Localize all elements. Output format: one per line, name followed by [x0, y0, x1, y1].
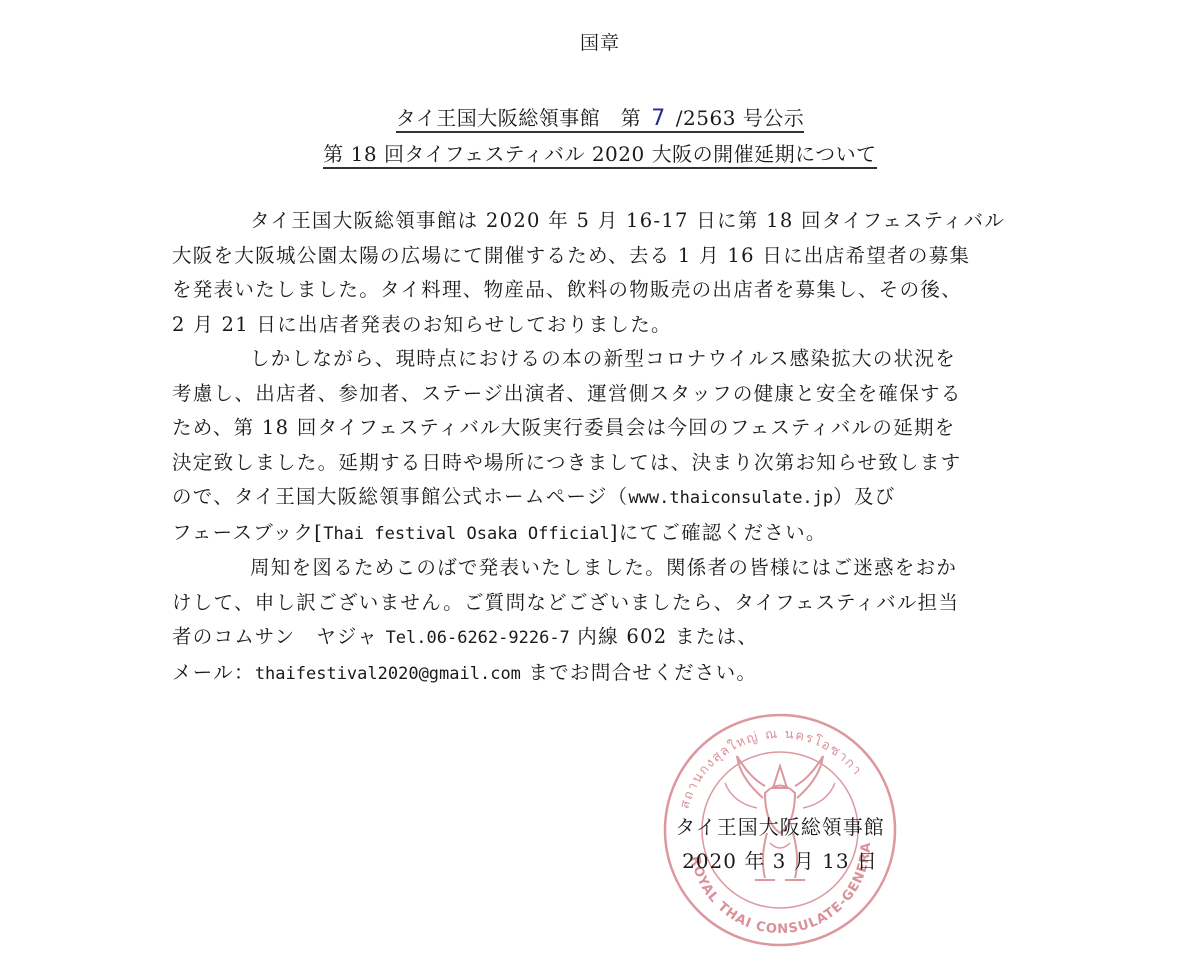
issue-date: 2020 年 3 月 13 日 — [650, 844, 910, 878]
text-line: 考慮し、出店者、参加者、ステージ出演者、運営側スタッフの健康と安全を確保する — [172, 377, 1072, 412]
contact-line: 者のコムサン ヤジャ Tel.06-6262-9226-7 内線 602 または… — [172, 620, 1072, 656]
email-line: メール：thaifestival2020@gmail.com までお問合せくださ… — [172, 656, 1072, 692]
paragraph-1: タイ王国大阪総領事館は 2020 年 5 月 16-17 日に第 18 回タイフ… — [172, 204, 1072, 342]
website-link[interactable]: www.thaiconsulate.jp — [628, 488, 833, 508]
facebook-suffix: ]にてご確認ください。 — [610, 521, 827, 544]
handwritten-number: 7 — [641, 106, 676, 131]
text-line: 決定致しました。延期する日時や場所につきましては、決まり次第お知らせ致します — [172, 446, 1072, 481]
text-line: を発表いたしました。タイ料理、物産品、飲料の物販売の出店者を募集し、その後、 — [172, 273, 1072, 308]
stamp-thai-text: สถานกงสุลใหญ่ ณ นครโอซากา — [677, 727, 865, 811]
title-suffix: /2563 号公示 — [676, 106, 805, 130]
notice-body: タイ王国大阪総領事館は 2020 年 5 月 16-17 日に第 18 回タイフ… — [172, 204, 1072, 691]
website-line: ので、タイ王国大阪総領事館公式ホームページ（www.thaiconsulate.… — [172, 480, 1072, 516]
website-suffix: ）及び — [833, 485, 895, 508]
facebook-page-name: Thai festival Osaka Official — [323, 524, 610, 544]
website-prefix: ので、タイ王国大阪総領事館公式ホームページ（ — [172, 485, 628, 508]
title-prefix: タイ王国大阪総領事館 第 — [396, 106, 642, 130]
paragraph-2: しかしながら、現時点におけるの本の新型コロナウイルス感染拡大の状況を 考慮し、出… — [172, 342, 1072, 551]
signature-block: タイ王国大阪総領事館 2020 年 3 月 13 日 — [650, 810, 910, 878]
document-page: 国章 タイ王国大阪総領事館 第7/2563 号公示 第 18 回タイフェスティバ… — [0, 0, 1200, 956]
notice-number-title: タイ王国大阪総領事館 第7/2563 号公示 — [0, 102, 1200, 131]
text-line: 周知を図るためこのばで発表いたしました。関係者の皆様にはご迷惑をおか — [172, 551, 1072, 586]
email-suffix: までお問合せください。 — [521, 661, 757, 684]
phone-number: Tel.06-6262-9226-7 — [386, 628, 570, 648]
paragraph-3: 周知を図るためこのばで発表いたしました。関係者の皆様にはご迷惑をおか けして、申… — [172, 551, 1072, 691]
text-line: 大阪を大阪城公園太陽の広場にて開催するため、去る 1 月 16 日に出店希望者の… — [172, 239, 1072, 274]
svg-text:สถานกงสุลใหญ่ ณ นครโอซากา: สถานกงสุลใหญ่ ณ นครโอซากา — [677, 727, 865, 811]
facebook-line: フェースブック[Thai festival Osaka Official]にてご… — [172, 516, 1072, 552]
text-line: けして、申し訳ございません。ご質問などございましたら、タイフェスティバル担当 — [172, 586, 1072, 621]
contact-suffix: 内線 602 または、 — [570, 625, 758, 648]
text-line: しかしながら、現時点におけるの本の新型コロナウイルス感染拡大の状況を — [172, 342, 1072, 377]
contact-prefix: 者のコムサン ヤジャ — [172, 625, 386, 648]
facebook-prefix: フェースブック[ — [172, 521, 323, 544]
notice-number-underline: タイ王国大阪総領事館 第7/2563 号公示 — [396, 106, 805, 133]
notice-subject-title: 第 18 回タイフェスティバル 2020 大阪の開催延期について — [0, 138, 1200, 167]
text-line: タイ王国大阪総領事館は 2020 年 5 月 16-17 日に第 18 回タイフ… — [172, 204, 1072, 239]
text-line: 2 月 21 日に出店者発表のお知らせしておりました。 — [172, 308, 1072, 343]
email-address[interactable]: thaifestival2020@gmail.com — [255, 664, 521, 684]
text-line: ため、第 18 回タイフェスティバル大阪実行委員会は今回のフェスティバルの延期を — [172, 411, 1072, 446]
email-prefix: メール： — [172, 661, 255, 684]
notice-subject: 第 18 回タイフェスティバル 2020 大阪の開催延期について — [323, 142, 876, 169]
signatory-organization: タイ王国大阪総領事館 — [650, 810, 910, 844]
emblem-label: 国章 — [0, 28, 1200, 55]
